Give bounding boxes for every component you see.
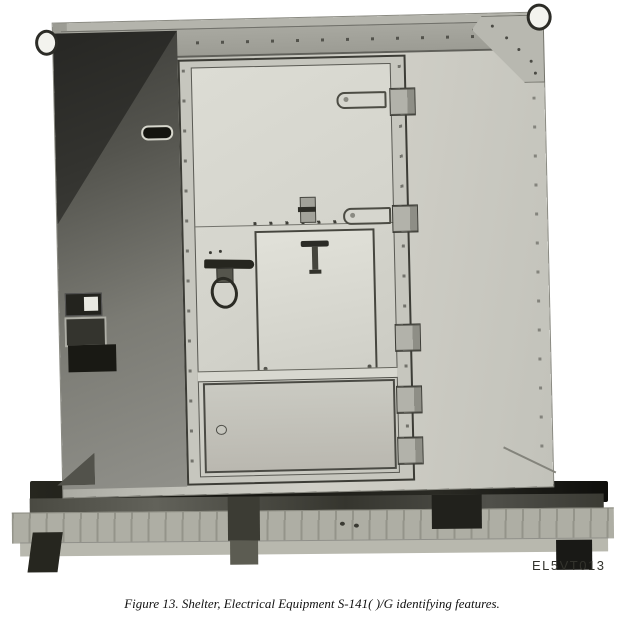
door-hinge [389, 87, 416, 116]
door-lower-panel [203, 379, 397, 473]
hinge-strap [336, 91, 386, 109]
recessed-handle-slot [141, 125, 173, 141]
corner-seam-bottom-right [503, 446, 556, 473]
door-hinge [397, 436, 424, 465]
rivet [505, 36, 508, 39]
data-plate [68, 344, 117, 372]
pallet-block-right [432, 495, 482, 529]
access-panel [254, 228, 377, 377]
lower-panel-knob [216, 425, 227, 435]
strap-bolt [343, 97, 348, 102]
clamp-bar [298, 207, 316, 212]
padlock-hasp [208, 274, 242, 311]
hinge-strap [343, 207, 391, 225]
rivet [534, 72, 537, 75]
pallet-cleat-center [228, 496, 260, 540]
data-plate-label [84, 297, 98, 311]
handle-screw [219, 250, 222, 253]
handle-screw [209, 251, 212, 254]
figure-caption: Figure 13. Shelter, Electrical Equipment… [0, 596, 624, 612]
shelter-photo [53, 13, 554, 498]
rivet-column-right-panel [532, 97, 543, 459]
data-plate [65, 293, 103, 317]
door-frame [178, 55, 416, 486]
rivet [530, 60, 533, 63]
lifting-ring-right [526, 3, 552, 31]
door-hinge [395, 323, 422, 352]
data-plate [64, 316, 107, 347]
pallet-cleat-front [230, 540, 258, 564]
rivet [517, 48, 520, 51]
door-hinge [392, 204, 419, 233]
pallet-nail [354, 524, 359, 528]
strap-bolt [350, 213, 355, 218]
wooden-pallet [12, 491, 615, 580]
t-handle-foot [309, 270, 321, 274]
left-side-panel [53, 31, 187, 490]
door-hinge [396, 385, 423, 414]
pallet-nail [340, 522, 345, 526]
rivet [491, 25, 494, 28]
shelter-door [191, 63, 400, 477]
pallet-foot-left [27, 532, 62, 572]
t-handle-stem [312, 247, 319, 270]
photo-id-label: EL5VT013 [532, 558, 618, 573]
manual-page: EL5VT013 Figure 13. Shelter, Electrical … [0, 0, 624, 621]
vent-clamp-fitting [300, 197, 317, 223]
